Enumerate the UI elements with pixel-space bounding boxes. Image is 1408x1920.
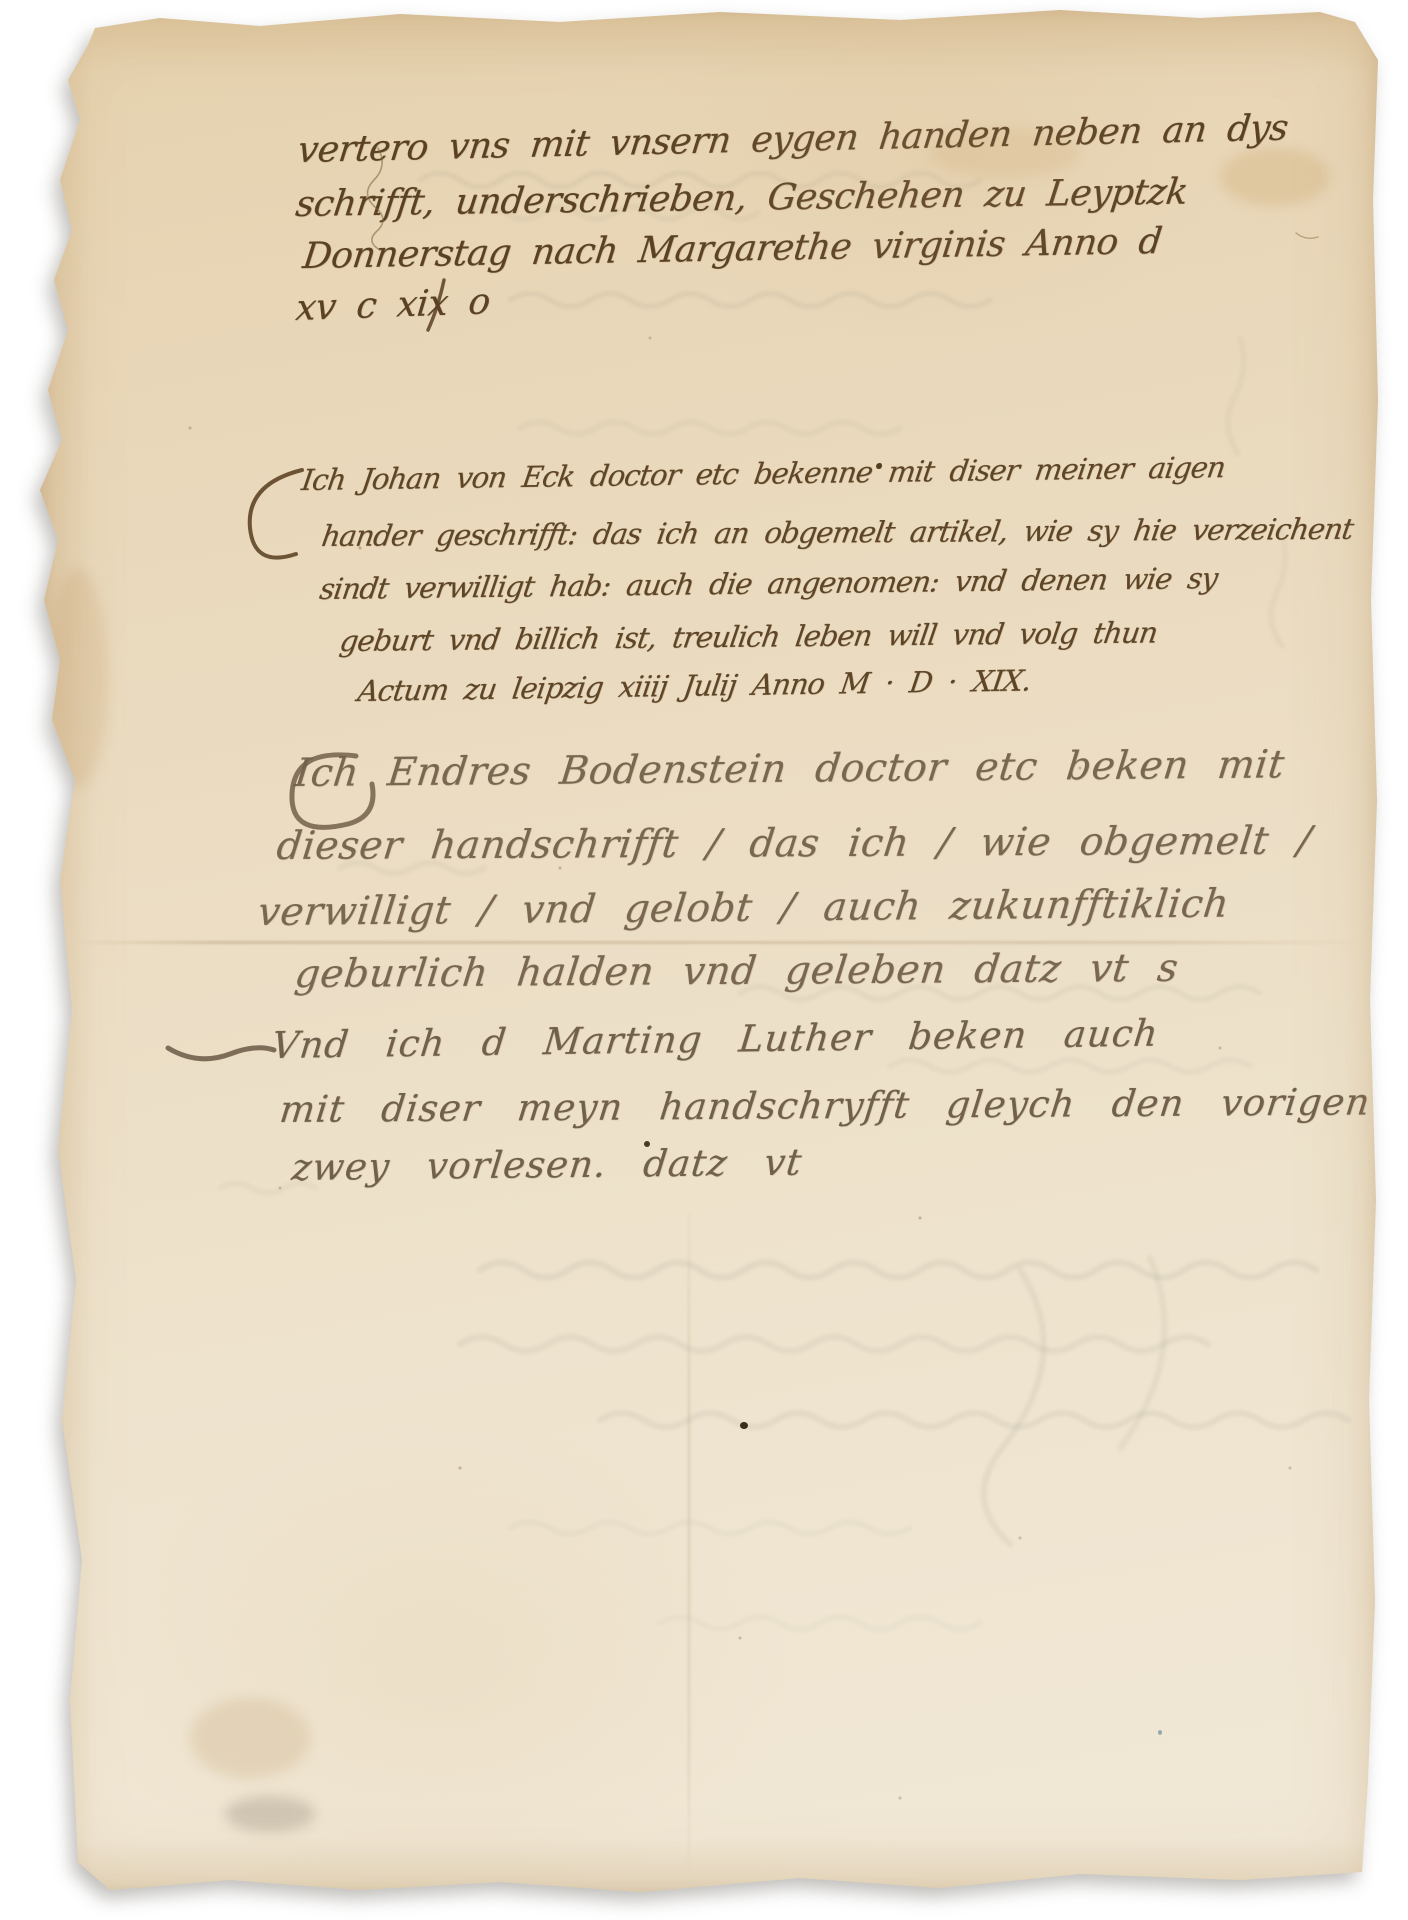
karlstadt-line-2: dieser handschrifft / das ich / wie obge… [274,819,1314,869]
fold-crease-vertical [688,1213,690,1885]
showthrough-stroke [460,1337,1208,1351]
fold-crease-horizontal [70,941,1365,944]
eck-line-2: hander geschrifft: das ich an obgemelt a… [319,512,1355,553]
blue-speck [1158,1730,1162,1735]
showthrough-stroke [480,1263,1316,1278]
showthrough-stroke [660,1617,980,1629]
eck-line-4: geburt vnd billich ist, treulich leben w… [337,615,1159,658]
showthrough-stroke [510,1522,910,1534]
showthrough-stroke [600,1413,1348,1427]
fiber-strand [1296,233,1318,238]
karlstadt-line-4: geburlich halden vnd geleben datz vt s [292,946,1180,997]
showthrough-stroke [984,1270,1044,1544]
manuscript-page: vertero vns mit vnsern eygen handen nebe… [40,8,1380,1895]
smudge-bottom-left [225,1796,315,1832]
eck-line-1: Ich Johan von Eck doctor etc bekenne mit… [300,450,1228,497]
pen-flourish-luther [168,1048,274,1059]
luther-line-1: Vnd ich d Marting Luther beken auch [270,1012,1161,1067]
stain-top-right [1220,148,1330,206]
closing-line-2: schrifft, underschrieben, Geschehen zu L… [293,172,1190,226]
paper-shadow-wrap: vertero vns mit vnsern eygen handen nebe… [40,8,1380,1895]
showthrough-stroke [510,294,990,307]
closing-line-4: xv c xix o [294,281,492,329]
eck-line-3: sindt verwilligt hab: auch die angenomen… [318,561,1220,606]
stain-bottom-left [190,1698,310,1778]
luther-line-2: mit diser meyn handschryfft gleych den v… [278,1080,1373,1131]
karlstadt-line-1: Ich Endres Bodenstein doctor etc beken m… [292,742,1286,796]
eck-line-5: Actum zu leipzig xiiij Julij Anno M · D … [356,663,1033,708]
stain-left-edge [48,568,108,788]
pen-flourish-eck [250,470,302,558]
ink-speck [740,1422,748,1429]
showthrough-stroke [520,422,900,434]
closing-line-1: vertero vns mit vnsern eygen handen nebe… [296,107,1291,171]
luther-line-3: zwey vorlesen. datz vt [290,1141,805,1189]
karlstadt-line-3: verwilligt / vnd gelobt / auch zukunffti… [255,882,1231,936]
showthrough-stroke [1120,1258,1165,1448]
closing-line-3: Donnerstag nach Margarethe virginis Anno… [300,221,1163,277]
showthrough-stroke [890,1060,1250,1072]
showthrough-stroke [1228,338,1244,454]
